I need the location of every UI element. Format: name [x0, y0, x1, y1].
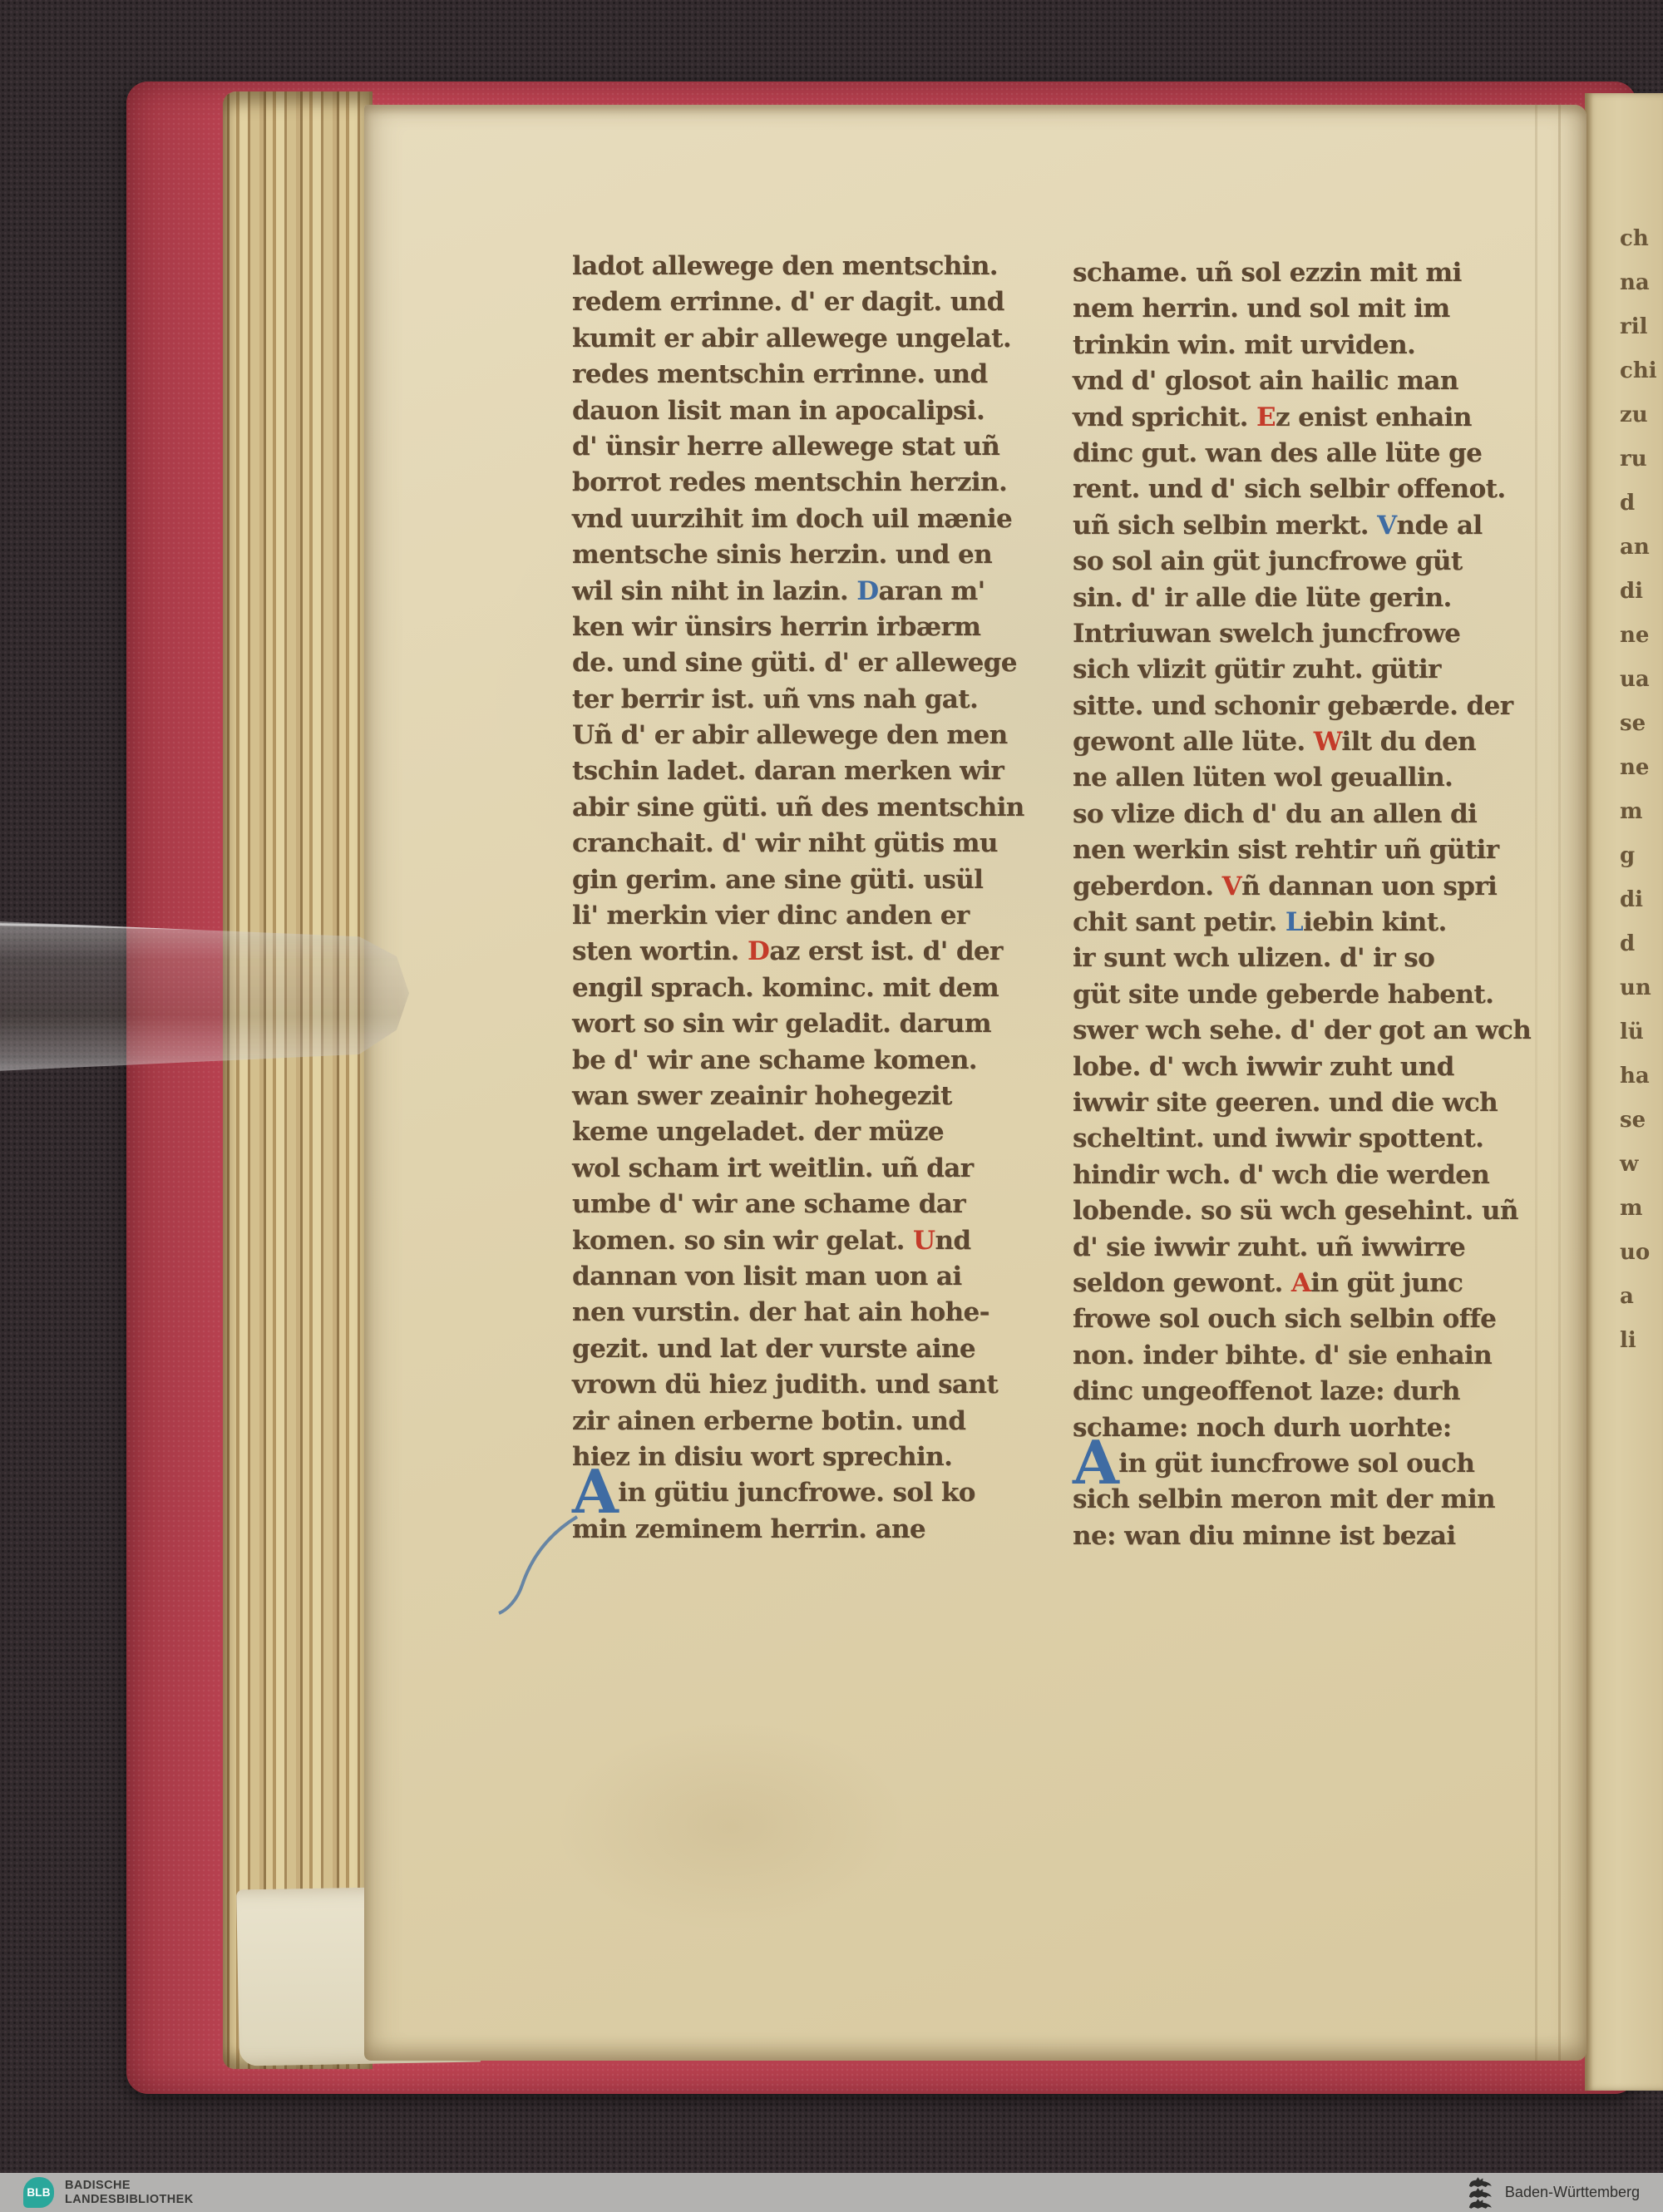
manuscript-text-line: hindir wch. d' wch die werden	[1073, 1160, 1592, 1196]
text-segment: Uñ d' er abir allewege den men	[572, 720, 1008, 750]
text-segment: redes mentschin errinne. und	[572, 359, 988, 389]
text-segment: kumit er abir allewege ungelat.	[572, 323, 1011, 353]
manuscript-text-line: sitte. und schonir gebærde. der	[1073, 691, 1592, 727]
cropped-text-fragment: lü	[1620, 1020, 1657, 1064]
text-segment: wort so sin wir geladit. darum	[572, 1009, 991, 1039]
state-name: Baden-Württemberg	[1505, 2184, 1640, 2201]
next-page-edge: chnarilchizurudandineuasenemgdidunlühase…	[1585, 93, 1663, 2091]
cropped-text-fragment: di	[1620, 579, 1657, 623]
manuscript-text-line: sten wortin. Daz erst ist. d' der	[572, 936, 1054, 972]
rubric-initial: D	[748, 936, 769, 966]
text-segment: ilt du den	[1341, 727, 1476, 757]
manuscript-text-line: min zeminem herrin. ane	[572, 1514, 1054, 1550]
next-page-text-fragments: chnarilchizurudandineuasenemgdidunlühase…	[1620, 226, 1657, 1372]
text-segment: vnd uurzihit im doch uil mænie	[572, 504, 1012, 534]
manuscript-text-line: gin gerim. ane sine güti. usül	[572, 865, 1054, 901]
cropped-text-fragment: uo	[1620, 1240, 1657, 1284]
manuscript-text-line: Ain güt iuncfrowe sol ouch	[1073, 1449, 1592, 1484]
text-segment: z enist enhain	[1276, 402, 1472, 432]
manuscript-text-line: so sol ain güt juncfrowe güt	[1073, 546, 1592, 582]
manuscript-text-line: geberdon. Vñ dannan uon spri	[1073, 871, 1592, 907]
manuscript-text-line: umbe d' wir ane schame dar	[572, 1189, 1054, 1225]
cropped-text-fragment: an	[1620, 535, 1657, 579]
text-segment: li' merkin vier dinc anden er	[572, 901, 970, 931]
text-segment: seldon gewont.	[1073, 1268, 1291, 1298]
cropped-text-fragment: ne	[1620, 623, 1657, 667]
text-segment: abir sine güti. uñ des mentschin	[572, 792, 1024, 822]
text-segment: zir ainen erberne botin. und	[572, 1406, 965, 1436]
manuscript-text-line: schame: noch durh uorhte:	[1073, 1413, 1592, 1449]
text-segment: min zeminem herrin. ane	[572, 1514, 925, 1544]
cropped-text-fragment: li	[1620, 1328, 1657, 1372]
cropped-text-fragment: se	[1620, 1108, 1657, 1152]
manuscript-text-line: dinc ungeoffenot laze: durh	[1073, 1376, 1592, 1412]
manuscript-text-line: trinkin win. mit urviden.	[1073, 330, 1592, 366]
text-segment: redem errinne. d' er dagit. und	[572, 287, 1004, 317]
manuscript-text-line: nen vurstin. der hat ain hohe-	[572, 1297, 1054, 1333]
text-segment: engil sprach. kominc. mit dem	[572, 973, 999, 1003]
manuscript-text-line: Uñ d' er abir allewege den men	[572, 720, 1054, 756]
manuscript-text-line: d' ünsir herre allewege stat uñ	[572, 432, 1054, 467]
manuscript-text-line: cranchait. d' wir niht gütis mu	[572, 828, 1054, 864]
manuscript-text-line: abir sine güti. uñ des mentschin	[572, 792, 1054, 828]
manuscript-text-line: nen werkin sist rehtir uñ gütir	[1073, 835, 1592, 871]
manuscript-text-line: wol scham irt weitlin. uñ dar	[572, 1153, 1054, 1189]
blue-initial: A	[1073, 1454, 1118, 1471]
footer-bar: BLB BADISCHE LANDESBIBLIOTHEK Baden-Würt…	[0, 2173, 1663, 2212]
manuscript-text-line: be d' wir ane schame komen.	[572, 1045, 1054, 1081]
manuscript-text-line: iwwir site geeren. und die wch	[1073, 1088, 1592, 1123]
page-stack-edges	[223, 91, 373, 2069]
cropped-text-fragment: d	[1620, 491, 1657, 535]
text-column-left: ladot allewege den mentschin.redem errin…	[572, 251, 1054, 1550]
cropped-text-fragment: di	[1620, 887, 1657, 931]
text-segment: borrot redes mentschin herzin.	[572, 467, 1007, 497]
text-segment: mentsche sinis herzin. und en	[572, 540, 992, 570]
text-segment: wil sin niht in lazin.	[572, 576, 856, 606]
manuscript-text-line: dinc gut. wan des alle lüte ge	[1073, 438, 1592, 474]
text-segment: az erst ist. d' der	[769, 936, 1003, 966]
text-segment: ne: wan diu minne ist bezai	[1073, 1521, 1456, 1551]
cropped-text-fragment: ch	[1620, 226, 1657, 270]
text-segment: geberdon.	[1073, 871, 1222, 901]
blue-initial: D	[856, 576, 878, 606]
text-segment: in güt junc	[1310, 1268, 1463, 1298]
text-segment: cranchait. d' wir niht gütis mu	[572, 828, 998, 858]
text-segment: dinc ungeoffenot laze: durh	[1073, 1376, 1460, 1406]
manuscript-text-line: sich vlizit gütir zuht. gütir	[1073, 654, 1592, 690]
library-name: BADISCHE LANDESBIBLIOTHEK	[65, 2179, 194, 2206]
manuscript-text-line: rent. und d' sich selbir offenot.	[1073, 474, 1592, 510]
manuscript-text-line: gewont alle lüte. Wilt du den	[1073, 727, 1592, 763]
text-segment: aran m'	[879, 576, 985, 606]
text-segment: ne allen lüten wol geuallin.	[1073, 763, 1453, 792]
rubric-initial: W	[1314, 727, 1342, 757]
text-segment: frowe sol ouch sich selbin offe	[1073, 1304, 1496, 1334]
text-segment: gin gerim. ane sine güti. usül	[572, 865, 983, 895]
text-segment: in güt iuncfrowe sol ouch	[1118, 1449, 1474, 1479]
text-segment: swer wch sehe. d' der got an wch	[1073, 1015, 1531, 1045]
manuscript-text-line: hiez in disiu wort sprechin.	[572, 1442, 1054, 1478]
cropped-text-fragment: w	[1620, 1152, 1657, 1196]
text-segment: ter berrir ist. uñ vns nah gat.	[572, 684, 978, 714]
text-segment: so vlize dich d' du an allen di	[1073, 799, 1477, 829]
manuscript-scan: chnarilchizurudandineuasenemgdidunlühase…	[0, 0, 1663, 2212]
manuscript-text-line: sin. d' ir alle die lüte gerin.	[1073, 583, 1592, 619]
text-segment: nem herrin. und sol mit im	[1073, 294, 1450, 323]
rubric-initial: V	[1222, 871, 1241, 901]
manuscript-text-line: scheltint. und iwwir spottent.	[1073, 1123, 1592, 1159]
cropped-text-fragment: m	[1620, 799, 1657, 843]
manuscript-text-line: keme ungeladet. der müze	[572, 1117, 1054, 1153]
text-segment: scheltint. und iwwir spottent.	[1073, 1123, 1483, 1153]
manuscript-text-line: ir sunt wch ulizen. d' ir so	[1073, 943, 1592, 979]
manuscript-text-line: tschin ladet. daran merken wir	[572, 756, 1054, 792]
text-segment: trinkin win. mit urviden.	[1073, 330, 1415, 360]
blue-initial: A	[572, 1484, 618, 1500]
manuscript-text-line: vnd d' glosot ain hailic man	[1073, 366, 1592, 402]
text-segment: uñ sich selbin merkt.	[1073, 511, 1377, 541]
text-segment: komen. so sin wir gelat.	[572, 1226, 913, 1256]
rubric-initial: U	[913, 1226, 935, 1256]
text-segment: wan swer zeainir hohegezit	[572, 1081, 952, 1111]
text-segment: lobe. d' wch iwwir zuht und	[1073, 1052, 1454, 1082]
manuscript-text-line: ter berrir ist. uñ vns nah gat.	[572, 684, 1054, 720]
text-segment: Intriuwan swelch juncfrowe	[1073, 619, 1460, 649]
text-segment: in gütiu juncfrowe. sol ko	[618, 1478, 975, 1508]
text-segment: hindir wch. d' wch die werden	[1073, 1160, 1489, 1190]
manuscript-text-line: kumit er abir allewege ungelat.	[572, 323, 1054, 359]
text-segment: hiez in disiu wort sprechin.	[572, 1442, 952, 1472]
manuscript-text-line: borrot redes mentschin herzin.	[572, 467, 1054, 503]
text-segment: nde al	[1397, 511, 1483, 541]
cropped-text-fragment: d	[1620, 931, 1657, 975]
text-segment: iwwir site geeren. und die wch	[1073, 1088, 1498, 1118]
manuscript-text-line: wil sin niht in lazin. Daran m'	[572, 576, 1054, 612]
blb-logo-text: BLB	[27, 2186, 50, 2199]
cropped-text-fragment: ril	[1620, 314, 1657, 358]
manuscript-text-line: engil sprach. kominc. mit dem	[572, 973, 1054, 1009]
cropped-text-fragment: na	[1620, 270, 1657, 314]
manuscript-text-line: vrown dü hiez judith. und sant	[572, 1370, 1054, 1405]
text-segment: keme ungeladet. der müze	[572, 1117, 944, 1147]
text-segment: wol scham irt weitlin. uñ dar	[572, 1153, 973, 1183]
text-segment: ken wir ünsirs herrin irbærm	[572, 612, 980, 642]
book-weight-strip	[0, 920, 409, 1073]
cropped-text-fragment: g	[1620, 843, 1657, 887]
manuscript-text-line: güt site unde geberde habent.	[1073, 980, 1592, 1015]
text-segment: nen werkin sist rehtir uñ gütir	[1073, 835, 1498, 865]
text-segment: nen vurstin. der hat ain hohe-	[572, 1297, 989, 1327]
manuscript-text-line: so vlize dich d' du an allen di	[1073, 799, 1592, 835]
manuscript-text-line: redem errinne. d' er dagit. und	[572, 287, 1054, 323]
manuscript-text-line: nem herrin. und sol mit im	[1073, 294, 1592, 329]
text-segment: schame. uñ sol ezzin mit mi	[1073, 258, 1462, 288]
text-segment: lobende. so sü wch gesehint. uñ	[1073, 1196, 1518, 1226]
manuscript-text-line: ne allen lüten wol geuallin.	[1073, 763, 1592, 798]
text-segment: sich vlizit gütir zuht. gütir	[1073, 654, 1441, 684]
text-segment: ladot allewege den mentschin.	[572, 251, 998, 281]
manuscript-text-line: ne: wan diu minne ist bezai	[1073, 1521, 1592, 1557]
text-segment: vnd d' glosot ain hailic man	[1073, 366, 1458, 396]
text-segment: chit sant petir.	[1073, 907, 1285, 937]
manuscript-text-line: dauon lisit man in apocalipsi.	[572, 396, 1054, 432]
manuscript-text-line: schame. uñ sol ezzin mit mi	[1073, 258, 1592, 294]
library-name-line2: LANDESBIBLIOTHEK	[65, 2193, 194, 2207]
text-segment: vrown dü hiez judith. und sant	[572, 1370, 998, 1400]
text-segment: sich selbin meron mit der min	[1073, 1484, 1495, 1514]
text-segment: nd	[935, 1226, 970, 1256]
cropped-text-fragment: ne	[1620, 755, 1657, 799]
manuscript-text-line: ken wir ünsirs herrin irbærm	[572, 612, 1054, 648]
text-segment: gezit. und lat der vurste aine	[572, 1334, 975, 1364]
text-segment: güt site unde geberde habent.	[1073, 980, 1493, 1010]
manuscript-text-line: komen. so sin wir gelat. Und	[572, 1226, 1054, 1262]
manuscript-text-line: wan swer zeainir hohegezit	[572, 1081, 1054, 1117]
manuscript-text-line: redes mentschin errinne. und	[572, 359, 1054, 395]
manuscript-text-line: Ain gütiu juncfrowe. sol ko	[572, 1478, 1054, 1513]
text-segment: schame: noch durh uorhte:	[1073, 1413, 1452, 1443]
text-segment: be d' wir ane schame komen.	[572, 1045, 977, 1075]
text-column-right: schame. uñ sol ezzin mit minem herrin. u…	[1073, 258, 1592, 1557]
manuscript-text-line: zir ainen erberne botin. und	[572, 1406, 1054, 1442]
manuscript-text-line: vnd uurzihit im doch uil mænie	[572, 504, 1054, 540]
text-segment: umbe d' wir ane schame dar	[572, 1189, 965, 1219]
text-segment: iebin kint.	[1303, 907, 1447, 937]
text-segment: tschin ladet. daran merken wir	[572, 756, 1004, 786]
manuscript-text-line: lobende. so sü wch gesehint. uñ	[1073, 1196, 1592, 1232]
manuscript-text-line: vnd sprichit. Ez enist enhain	[1073, 402, 1592, 438]
manuscript-text-line: frowe sol ouch sich selbin offe	[1073, 1304, 1592, 1340]
text-segment: rent. und d' sich selbir offenot.	[1073, 474, 1506, 504]
text-segment: dannan von lisit man uon ai	[572, 1262, 962, 1291]
text-segment: ñ dannan uon spri	[1241, 871, 1497, 901]
text-segment: d' sie iwwir zuht. uñ iwwirre	[1073, 1232, 1465, 1262]
blue-initial: V	[1377, 511, 1396, 541]
text-segment: dauon lisit man in apocalipsi.	[572, 396, 984, 426]
manuscript-text-line: de. und sine güti. d' er allewege	[572, 648, 1054, 684]
library-name-line1: BADISCHE	[65, 2179, 194, 2193]
manuscript-text-line: mentsche sinis herzin. und en	[572, 540, 1054, 575]
cropped-text-fragment: zu	[1620, 402, 1657, 447]
manuscript-text-line: swer wch sehe. d' der got an wch	[1073, 1015, 1592, 1051]
manuscript-text-line: Intriuwan swelch juncfrowe	[1073, 619, 1592, 654]
text-segment: d' ünsir herre allewege stat uñ	[572, 432, 999, 462]
cropped-text-fragment: ua	[1620, 667, 1657, 711]
blb-logo: BLB	[23, 2177, 54, 2208]
manuscript-text-line: d' sie iwwir zuht. uñ iwwirre	[1073, 1232, 1592, 1268]
manuscript-text-line: gezit. und lat der vurste aine	[572, 1334, 1054, 1370]
rubric-initial: A	[1291, 1268, 1310, 1298]
text-segment: non. inder bihte. d' sie enhain	[1073, 1341, 1492, 1370]
text-segment: ir sunt wch ulizen. d' ir so	[1073, 943, 1434, 973]
text-segment: sin. d' ir alle die lüte gerin.	[1073, 583, 1452, 613]
text-segment: de. und sine güti. d' er allewege	[572, 648, 1017, 678]
manuscript-text-line: li' merkin vier dinc anden er	[572, 901, 1054, 936]
manuscript-text-line: lobe. d' wch iwwir zuht und	[1073, 1052, 1592, 1088]
text-segment: sten wortin.	[572, 936, 748, 966]
cropped-text-fragment: se	[1620, 711, 1657, 755]
cropped-text-fragment: ha	[1620, 1064, 1657, 1108]
manuscript-text-line: dannan von lisit man uon ai	[572, 1262, 1054, 1297]
blue-initial: L	[1285, 907, 1303, 937]
state-logo-group: Baden-Württemberg	[1468, 2176, 1640, 2210]
text-segment: sitte. und schonir gebærde. der	[1073, 691, 1512, 721]
manuscript-text-line: ladot allewege den mentschin.	[572, 251, 1054, 287]
manuscript-text-line: sich selbin meron mit der min	[1073, 1484, 1592, 1520]
text-segment: vnd sprichit.	[1073, 402, 1256, 432]
manuscript-text-line: uñ sich selbin merkt. Vnde al	[1073, 511, 1592, 546]
manuscript-text-line: non. inder bihte. d' sie enhain	[1073, 1341, 1592, 1376]
manuscript-text-line: wort so sin wir geladit. darum	[572, 1009, 1054, 1044]
text-segment: gewont alle lüte.	[1073, 727, 1314, 757]
baden-wuerttemberg-coat-of-arms-icon	[1468, 2176, 1494, 2210]
manuscript-page: ladot allewege den mentschin.redem errin…	[364, 105, 1587, 2061]
text-segment: so sol ain güt juncfrowe güt	[1073, 546, 1463, 576]
cropped-text-fragment: a	[1620, 1284, 1657, 1328]
manuscript-text-line: seldon gewont. Ain güt junc	[1073, 1268, 1592, 1304]
cropped-text-fragment: un	[1620, 975, 1657, 1020]
manuscript-text-line: chit sant petir. Liebin kint.	[1073, 907, 1592, 943]
rubric-initial: E	[1256, 402, 1276, 432]
text-segment: dinc gut. wan des alle lüte ge	[1073, 438, 1482, 468]
library-logo-group: BLB BADISCHE LANDESBIBLIOTHEK	[23, 2177, 194, 2208]
cropped-text-fragment: ru	[1620, 447, 1657, 491]
cropped-text-fragment: m	[1620, 1196, 1657, 1240]
cropped-text-fragment: chi	[1620, 358, 1657, 402]
